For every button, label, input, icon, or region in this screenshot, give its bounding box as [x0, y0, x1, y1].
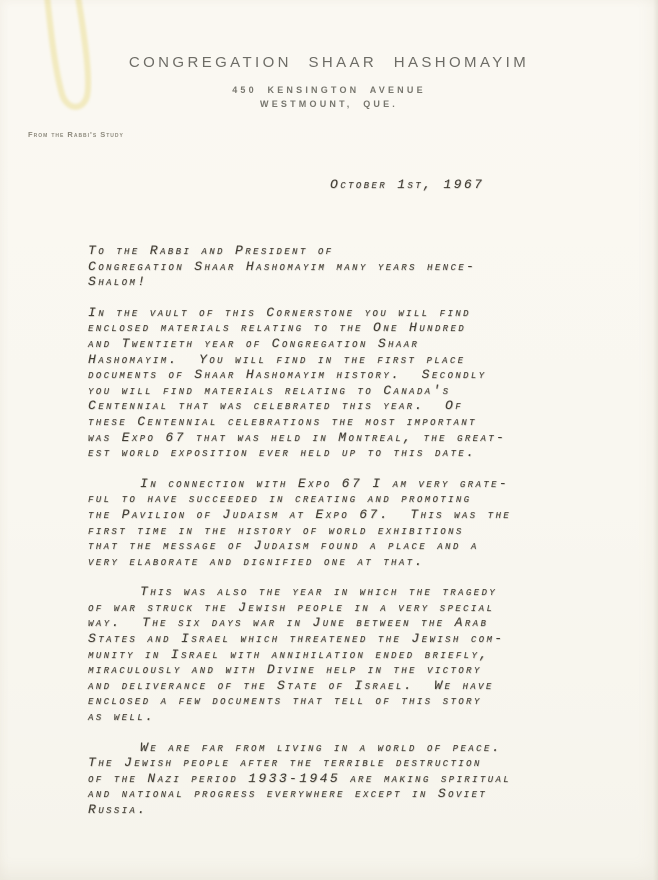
letter-paragraph-2: In connection with Expo 67 I am very gra…	[88, 476, 613, 570]
letter-body: To the Rabbi and President of Congregati…	[88, 243, 613, 833]
letter-paragraph-4: We are far from living in a world of pea…	[88, 740, 613, 818]
letter-salutation: To the Rabbi and President of Congregati…	[88, 243, 613, 290]
letter-paragraph-1: In the vault of this Cornerstone you wil…	[88, 305, 613, 461]
scanned-letter-page: CONGREGATION SHAAR HASHOMAYIM 450 KENSIN…	[0, 0, 658, 880]
letterhead-address-line2: WESTMOUNT, QUE.	[0, 99, 658, 109]
letter-paragraph-3: This was also the year in which the trag…	[88, 584, 613, 724]
paperclip-stain-mark	[18, 0, 148, 144]
letterhead-organization-name: CONGREGATION SHAAR HASHOMAYIM	[0, 54, 658, 71]
scan-edge-shadow	[653, 0, 658, 880]
letterhead-address-line1: 450 KENSINGTON AVENUE	[0, 85, 658, 95]
letter-date: October 1st, 1967	[330, 177, 484, 193]
letterhead-from-rabbis-study: From the Rabbi's Study	[28, 130, 124, 139]
